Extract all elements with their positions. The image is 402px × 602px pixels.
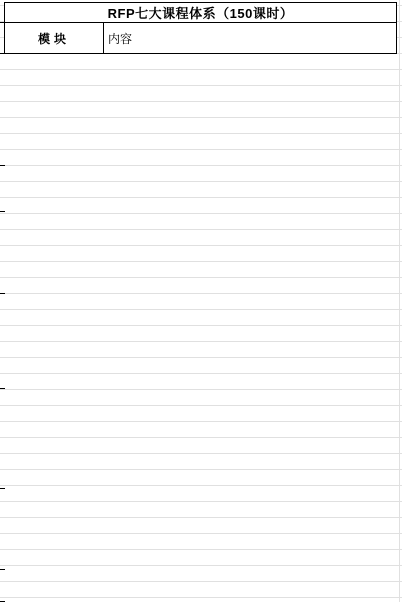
module-column-header: 模块 [5, 23, 104, 54]
border-stub [0, 293, 5, 294]
border-stub [0, 388, 5, 389]
spreadsheet-vertical-gridline [399, 0, 400, 602]
border-stub [0, 165, 5, 166]
border-stub [0, 488, 5, 489]
course-table: RFP七大课程体系（150课时） 模块 内容 [4, 2, 397, 54]
table-title: RFP七大课程体系（150课时） [5, 3, 397, 23]
column-header-row: 模块 内容 [5, 23, 397, 54]
border-stub [0, 569, 5, 570]
title-row: RFP七大课程体系（150课时） [5, 3, 397, 23]
border-stub [0, 211, 5, 212]
content-column-header: 内容 [104, 23, 397, 54]
spreadsheet-gridlines [0, 0, 402, 602]
